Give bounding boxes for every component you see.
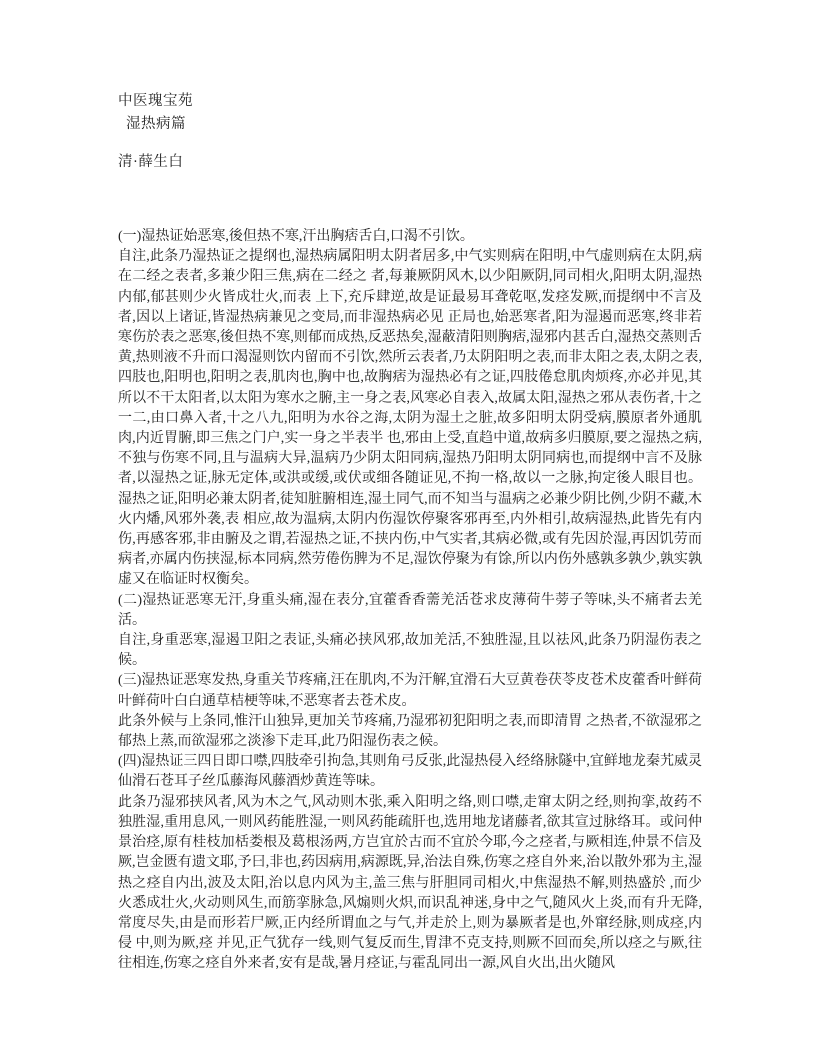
paragraph-section-4-note: 此条乃湿邪挟风者,风为木之气,风动则木张,乘入阳明之络,则口噤,走窜太阴之经,则… [118, 793, 702, 975]
document-page: 中医瑰宝苑 湿热病篇 清·薛生白 (一)湿热证始恶寒,後但热不寒,汗出胸痞舌白,… [0, 0, 816, 1056]
document-header: 中医瑰宝苑 湿热病篇 清·薛生白 [118, 90, 702, 174]
paragraph-section-2-note: 自注,身重恶寒,湿遏卫阳之表证,头痛必挟风邪,故加羌活,不独胜湿,且以祛风,此条… [118, 631, 702, 671]
book-title: 湿热病篇 [118, 113, 702, 136]
paragraph-section-2: (二)湿热证恶寒无汗,身重头痛,湿在表分,宜藿香香薷羌活苍求皮薄荷牛蒡子等味,头… [118, 591, 702, 631]
paragraph-section-1-note: 自注,此条乃湿热证之提纲也,湿热病属阳明太阴者居多,中气实则病在阳明,中气虚则病… [118, 247, 702, 590]
document-body: (一)湿热证始恶寒,後但热不寒,汗出胸痞舌白,口渴不引饮。 自注,此条乃湿热证之… [118, 227, 702, 975]
paragraph-section-3-note: 此条外候与上条同,惟汗山独异,更加关节疼痛,乃湿邪初犯阳明之表,而即清胃 之热者… [118, 712, 702, 752]
site-title: 中医瑰宝苑 [118, 90, 702, 113]
paragraph-section-3: (三)湿热证恶寒发热,身重关节疼痛,汪在肌肉,不为汗解,宜滑石大豆黄卷茯苓皮苍术… [118, 671, 702, 711]
paragraph-section-4: (四)湿热证三四日即口噤,四肢牵引拘急,其则角弓反张,此湿热侵入经络脉隧中,宜鲜… [118, 752, 702, 792]
paragraph-section-1: (一)湿热证始恶寒,後但热不寒,汗出胸痞舌白,口渴不引饮。 [118, 227, 702, 247]
author-line: 清·薛生白 [118, 151, 702, 174]
